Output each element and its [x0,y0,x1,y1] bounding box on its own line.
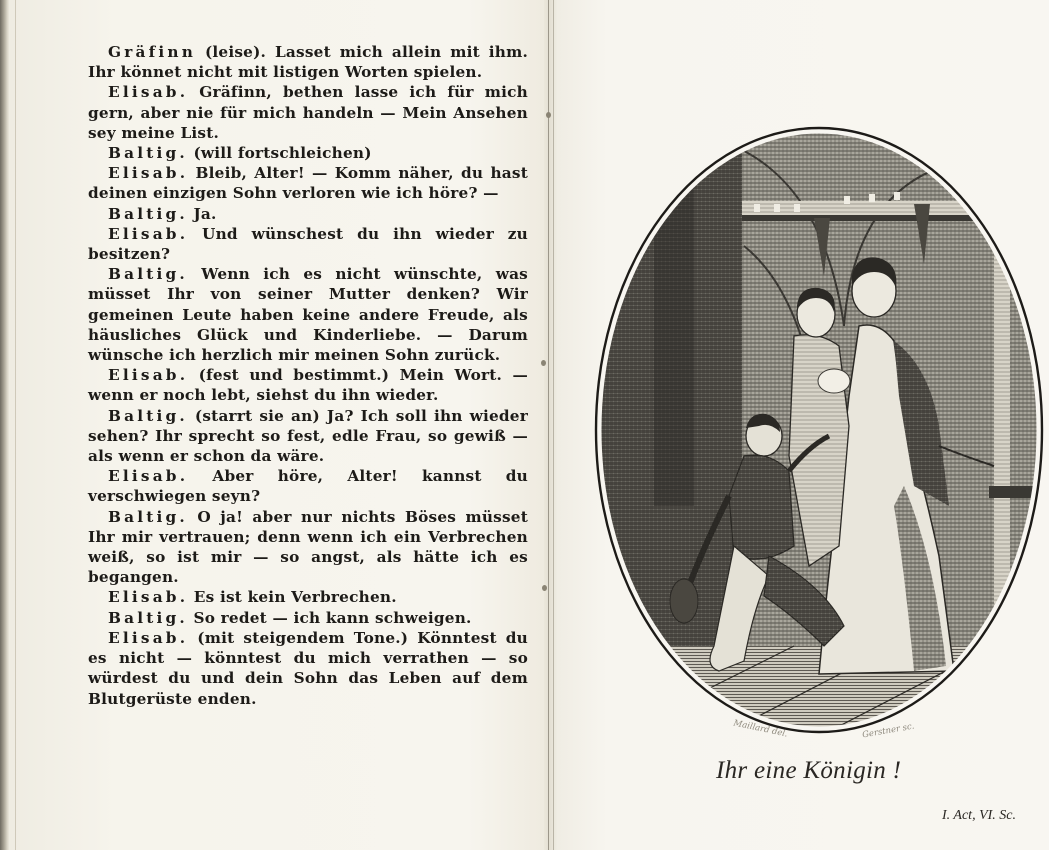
speaker-name: Baltig. [108,609,188,627]
speaker-name: Gräfinn [108,43,196,61]
book-gutter [544,0,558,850]
dialogue-line: Baltig. (will fortschleichen) [88,143,528,163]
dialogue-line: Baltig. Ja. [88,204,528,224]
dialogue-line: Baltig. So redet — ich kann schweigen. [88,608,528,628]
speaker-name: Baltig. [108,407,188,425]
binding-stitch [541,360,546,366]
speaker-name: Elisab. [108,588,188,606]
dialogue-text: (will fortschleichen) [188,144,372,162]
dialogue-line: Elisab. Aber höre, Alter! kannst du vers… [88,466,528,506]
speaker-name: Elisab. [108,164,188,182]
dialogue-line: Elisab. (mit steigendem Tone.) Könntest … [88,628,528,709]
dialogue-line: Baltig. O ja! aber nur nichts Böses müss… [88,507,528,588]
gutter-fold-line [548,0,549,850]
dialogue-line: Baltig. (starrt sie an) Ja? Ich soll ihn… [88,406,528,467]
dialogue-line: Elisab. Es ist kein Verbrechen. [88,587,528,607]
book-spread: Gräfinn (leise). Lasset mich allein mit … [0,0,1049,850]
act-scene-marker: I. Act, VI. Sc. [942,808,1016,824]
page-edge-line [15,0,16,850]
dialogue-line: Elisab. Gräfinn, bethen lasse ich für mi… [88,82,528,143]
dialogue-line: Elisab. Bleib, Alter! — Komm näher, du h… [88,163,528,203]
speaker-name: Baltig. [108,144,188,162]
speaker-name: Elisab. [108,629,188,647]
speaker-name: Elisab. [108,83,188,101]
binding-stitch [546,112,551,118]
speaker-name: Elisab. [108,225,188,243]
binding-stitch [542,585,547,591]
gutter-fold-line [553,0,554,850]
dialogue-line: Elisab. (fest und bestimmt.) Mein Wort. … [88,365,528,405]
illustration-caption: Ihr eine Königin ! [716,757,901,785]
speaker-name: Baltig. [108,265,188,283]
book-edge [0,0,9,850]
oval-engraving [594,126,1044,734]
speaker-name: Baltig. [108,205,188,223]
dialogue-line: Elisab. Und wünschest du ihn wieder zu b… [88,224,528,264]
speaker-name: Elisab. [108,366,188,384]
speaker-name: Baltig. [108,508,188,526]
dialogue-text: So redet — ich kann schweigen. [188,609,472,627]
dialogue-text: Es ist kein Verbrechen. [188,588,396,606]
dialogue-line: Gräfinn (leise). Lasset mich allein mit … [88,42,528,82]
speaker-name: Elisab. [108,467,188,485]
dialogue-text: Ja. [188,205,217,223]
play-dialogue: Gräfinn (leise). Lasset mich allein mit … [88,42,528,709]
dialogue-line: Baltig. Wenn ich es nicht wünschte, was … [88,264,528,365]
